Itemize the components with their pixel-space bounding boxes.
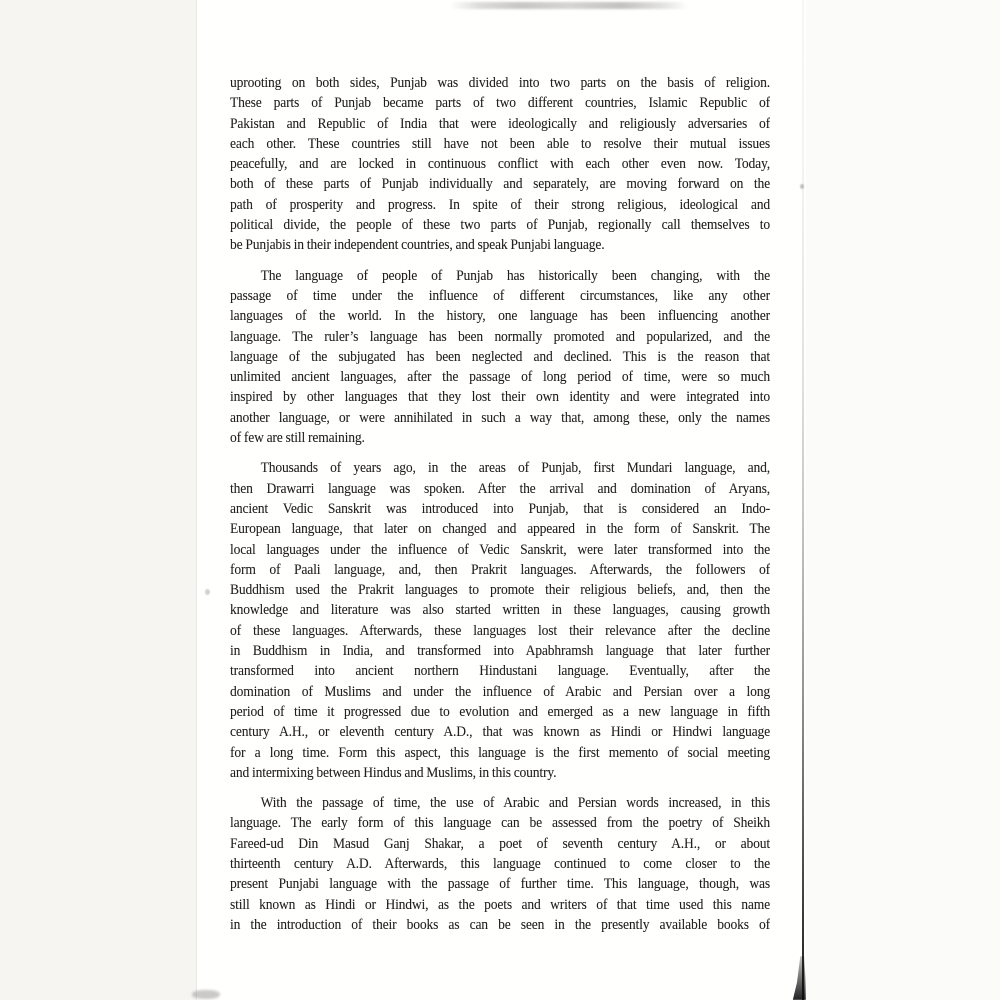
- text-line: then Drawarri language was spoken. After…: [230, 479, 770, 499]
- text-line: domination of Muslims and under the infl…: [230, 682, 770, 702]
- text-line: uprooting on both sides, Punjab was divi…: [230, 73, 770, 93]
- text-line: path of prosperity and progress. In spit…: [230, 195, 770, 215]
- text-line: present Punjabi language with the passag…: [230, 874, 770, 894]
- scan-smudge-bottom-left: [192, 990, 220, 999]
- text-line: With the passage of time, the use of Ara…: [230, 793, 770, 813]
- text-line: thirteenth century A.D. Afterwards, this…: [230, 854, 770, 874]
- text-line: transformed into ancient northern Hindus…: [230, 661, 770, 681]
- page-edge-shadow-bottom: [791, 956, 806, 1000]
- paragraph: Thousands of years ago, in the areas of …: [230, 458, 770, 783]
- text-line: of few are still remaining.: [230, 428, 770, 448]
- paragraph: With the passage of time, the use of Ara…: [230, 793, 770, 935]
- text-line: unlimited ancient languages, after the p…: [230, 367, 770, 387]
- paragraph: The language of people of Punjab has his…: [230, 266, 770, 449]
- text-line: century A.H., or eleventh century A.D., …: [230, 722, 770, 742]
- text-line: each other. These countries still have n…: [230, 134, 770, 154]
- text-line: knowledge and literature was also starte…: [230, 600, 770, 620]
- text-line: and intermixing between Hindus and Musli…: [230, 763, 770, 783]
- text-line: be Punjabis in their independent countri…: [230, 235, 770, 255]
- text-line: political divide, the people of these tw…: [230, 215, 770, 235]
- text-line: in Buddhism in India, and transformed in…: [230, 641, 770, 661]
- text-line: form of Paali language, and, then Prakri…: [230, 560, 770, 580]
- text-line: inspired by other languages that they lo…: [230, 387, 770, 407]
- page-text: uprooting on both sides, Punjab was divi…: [230, 73, 770, 935]
- text-line: of these languages. Afterwards, these la…: [230, 621, 770, 641]
- text-line: These parts of Punjab became parts of tw…: [230, 93, 770, 113]
- text-line: language of the subjugated has been negl…: [230, 347, 770, 367]
- scan-smudge-top: [450, 2, 688, 9]
- text-line: Fareed-ud Din Masud Ganj Shakar, a poet …: [230, 834, 770, 854]
- page-edge-shadow: [802, 0, 804, 1000]
- text-line: language. The ruler’s language has been …: [230, 327, 770, 347]
- scanner-background-right: [806, 0, 1000, 1000]
- scanned-book-page: uprooting on both sides, Punjab was divi…: [0, 0, 1000, 1000]
- text-line: both of these parts of Punjab individual…: [230, 174, 770, 194]
- text-line: for a long time. Form this aspect, this …: [230, 743, 770, 763]
- paragraph: uprooting on both sides, Punjab was divi…: [230, 73, 770, 256]
- text-line: Pakistan and Republic of India that were…: [230, 114, 770, 134]
- text-line: local languages under the influence of V…: [230, 540, 770, 560]
- scan-speck-left-margin: [205, 589, 210, 595]
- text-line: in the introduction of their books as ca…: [230, 915, 770, 935]
- text-line: another language, or were annihilated in…: [230, 408, 770, 428]
- text-line: period of time it progressed due to evol…: [230, 702, 770, 722]
- text-line: language. The early form of this languag…: [230, 813, 770, 833]
- scanner-background-left: [0, 0, 197, 1000]
- text-line: The language of people of Punjab has his…: [230, 266, 770, 286]
- text-line: still known as Hindi or Hindwi, as the p…: [230, 895, 770, 915]
- text-line: European language, that later on changed…: [230, 519, 770, 539]
- text-line: Thousands of years ago, in the areas of …: [230, 458, 770, 478]
- text-line: peacefully, and are locked in continuous…: [230, 154, 770, 174]
- text-line: passage of time under the influence of d…: [230, 286, 770, 306]
- text-line: Buddhism used the Prakrit languages to p…: [230, 580, 770, 600]
- text-line: ancient Vedic Sanskrit was introduced in…: [230, 499, 770, 519]
- text-line: languages of the world. In the history, …: [230, 306, 770, 326]
